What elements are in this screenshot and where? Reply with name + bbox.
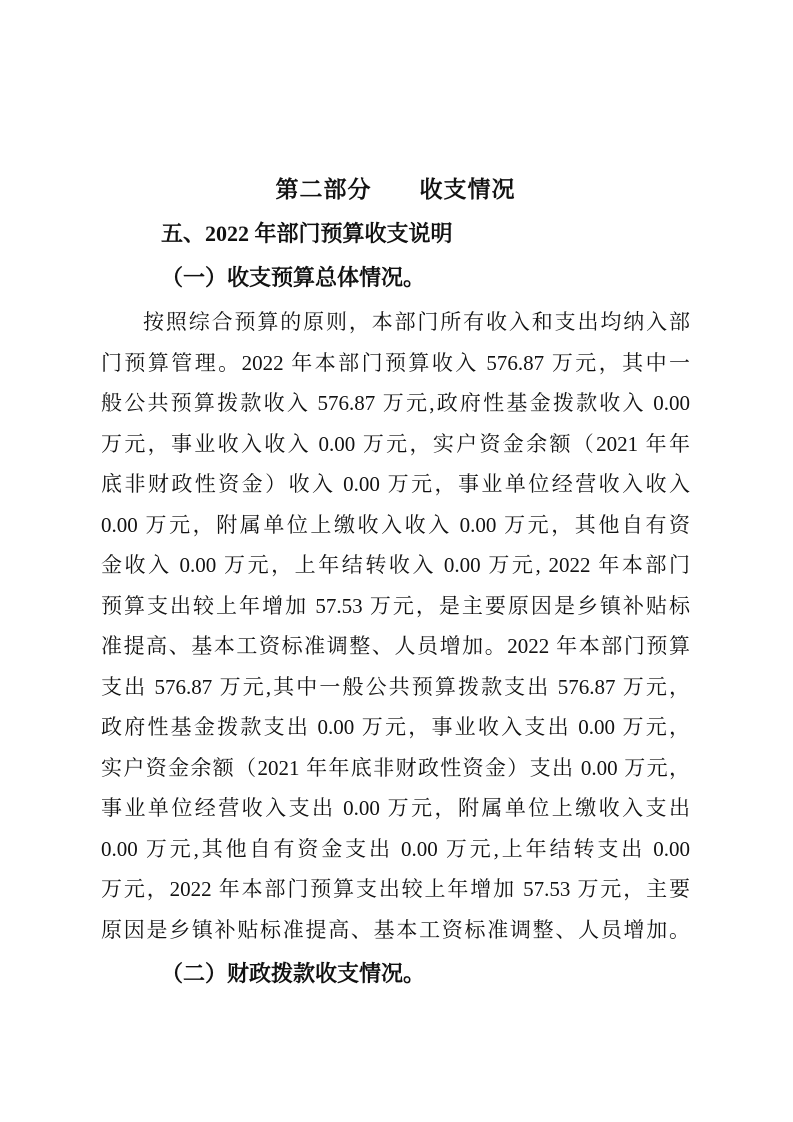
document-page: 第二部分 收支情况 五、2022 年部门预算收支说明 （一）收支预算总体情况。 … [0, 0, 793, 1122]
document-content: 第二部分 收支情况 五、2022 年部门预算收支说明 （一）收支预算总体情况。 … [101, 168, 690, 996]
budget-paragraph: 按照综合预算的原则，本部门所有收入和支出均纳入部门预算管理。2022 年本部门预… [101, 302, 690, 950]
paragraph-line: 支出 576.87 万元,其中一般公共预算拨款支出 576.87 万元， [101, 667, 690, 708]
paragraph-line: 实户资金余额（2021 年年底非财政性资金）支出 0.00 万元， [101, 748, 690, 789]
paragraph-line: 0.00 万元，附属单位上缴收入收入 0.00 万元，其他自有资 [101, 505, 690, 546]
paragraph-line: 准提高、基本工资标准调整、人员增加。2022 年本部门预算 [101, 626, 690, 667]
paragraph-line: 预算支出较上年增加 57.53 万元，是主要原因是乡镇补贴标 [101, 586, 690, 627]
paragraph-line: 0.00 万元,其他自有资金支出 0.00 万元,上年结转支出 0.00 [101, 829, 690, 870]
heading-overall-budget-situation: （一）收支预算总体情况。 [101, 256, 690, 300]
heading-budget-explanation: 五、2022 年部门预算收支说明 [101, 212, 690, 256]
paragraph-line: 政府性基金拨款支出 0.00 万元，事业收入支出 0.00 万元， [101, 707, 690, 748]
heading-fiscal-appropriation-situation: （二）财政拨款收支情况。 [101, 952, 690, 996]
paragraph-line: 事业单位经营收入支出 0.00 万元，附属单位上缴收入支出 [101, 788, 690, 829]
paragraph-line: 门预算管理。2022 年本部门预算收入 576.87 万元，其中一 [101, 343, 690, 384]
paragraph-line: 按照综合预算的原则，本部门所有收入和支出均纳入部 [101, 302, 690, 343]
paragraph-line: 底非财政性资金）收入 0.00 万元，事业单位经营收入收入 [101, 464, 690, 505]
paragraph-line: 万元，事业收入收入 0.00 万元，实户资金余额（2021 年年 [101, 424, 690, 465]
section-title: 第二部分 收支情况 [101, 168, 690, 212]
paragraph-line: 般公共预算拨款收入 576.87 万元,政府性基金拨款收入 0.00 [101, 383, 690, 424]
paragraph-line: 原因是乡镇补贴标准提高、基本工资标准调整、人员增加。 [101, 910, 690, 951]
paragraph-line: 万元，2022 年本部门预算支出较上年增加 57.53 万元，主要 [101, 869, 690, 910]
paragraph-line: 金收入 0.00 万元，上年结转收入 0.00 万元, 2022 年本部门 [101, 545, 690, 586]
